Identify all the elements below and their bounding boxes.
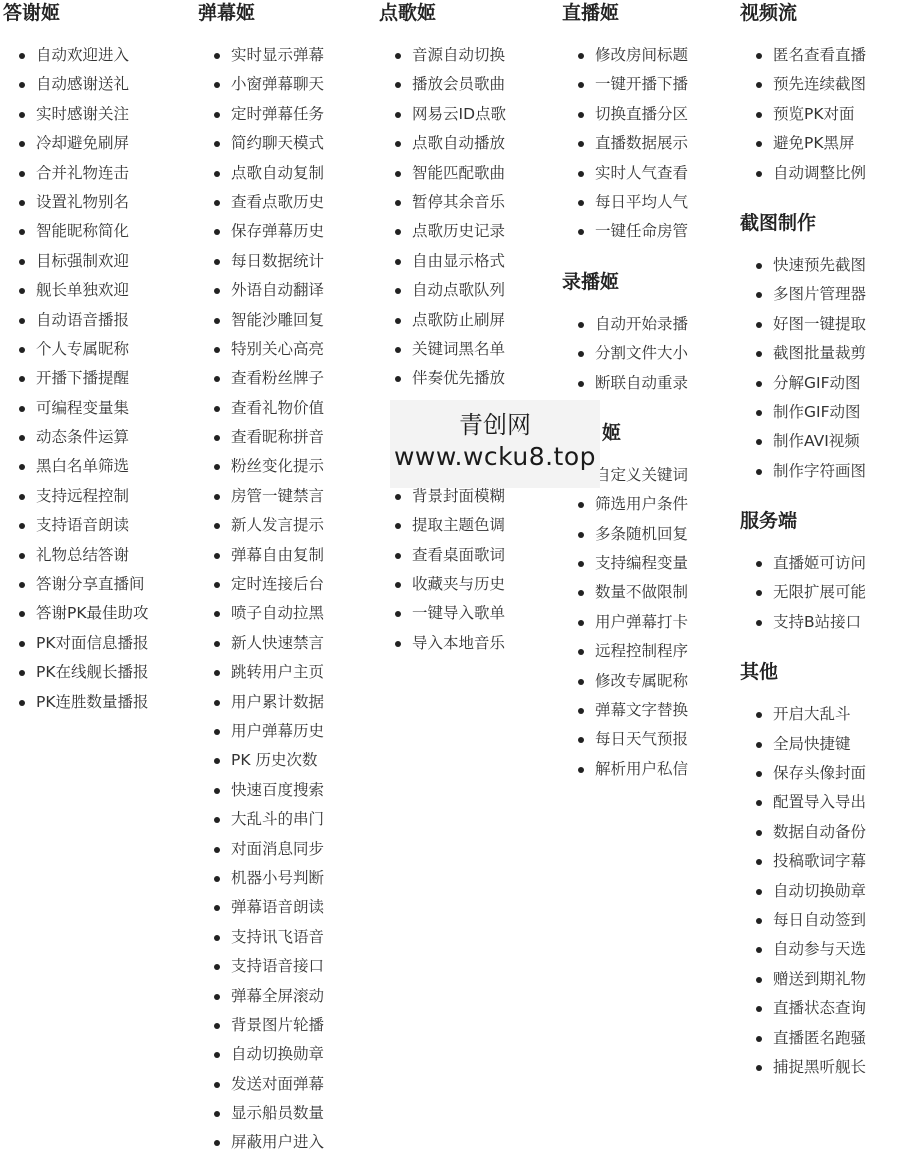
list-item: 弹幕文字替换 bbox=[562, 696, 688, 725]
list-item: 自动开始录播 bbox=[562, 310, 688, 339]
list-item: 智能昵称简化 bbox=[3, 217, 149, 246]
list-item: 点歌自动复制 bbox=[198, 159, 324, 188]
list-item: 特别关心高亮 bbox=[198, 335, 324, 364]
list-item: 弹幕全屏滚动 bbox=[198, 982, 324, 1011]
section-video: 视频流 匿名查看直播预先连续截图预览PK对面避免PK黑屏自动调整比例 bbox=[740, 0, 866, 188]
list-item: 外语自动翻译 bbox=[198, 276, 324, 305]
list-item: 导入本地音乐 bbox=[379, 629, 506, 658]
list-item: 播放会员歌曲 bbox=[379, 70, 506, 99]
list-item: 智能沙雕回复 bbox=[198, 306, 324, 335]
list-item: 发送对面弹幕 bbox=[198, 1070, 324, 1099]
feature-list: 直播姬可访问无限扩展可能支持B站接口 bbox=[740, 549, 866, 637]
section-song: 点歌姬 音源自动切换播放会员歌曲网易云ID点歌点歌自动播放智能匹配歌曲暂停其余音… bbox=[379, 0, 506, 658]
section-title: 直播姬 bbox=[562, 0, 688, 25]
list-item: 新人快速禁言 bbox=[198, 629, 324, 658]
column-video: 视频流 匿名查看直播预先连续截图预览PK对面避免PK黑屏自动调整比例 截图制作 … bbox=[740, 0, 866, 1082]
list-item: 快速百度搜索 bbox=[198, 776, 324, 805]
list-item: 实时感谢关注 bbox=[3, 100, 149, 129]
list-item: 点歌防止刷屏 bbox=[379, 306, 506, 335]
list-item: 目标强制欢迎 bbox=[3, 247, 149, 276]
list-item: 快速预先截图 bbox=[740, 251, 866, 280]
list-item: 自动调整比例 bbox=[740, 159, 866, 188]
list-item: 智能匹配歌曲 bbox=[379, 159, 506, 188]
list-item: 好图一键提取 bbox=[740, 310, 866, 339]
list-item: 弹幕自由复制 bbox=[198, 541, 324, 570]
list-item: 直播状态查询 bbox=[740, 994, 866, 1023]
section-title: 其他 bbox=[740, 659, 866, 684]
list-item: 制作字符画图 bbox=[740, 457, 866, 486]
list-item: 新人发言提示 bbox=[198, 511, 324, 540]
feature-list: 音源自动切换播放会员歌曲网易云ID点歌点歌自动播放智能匹配歌曲暂停其余音乐点歌历… bbox=[379, 41, 506, 658]
list-item: 自动切换勋章 bbox=[740, 877, 866, 906]
list-item: 房管一键禁言 bbox=[198, 482, 324, 511]
list-item: 查看昵称拼音 bbox=[198, 423, 324, 452]
feature-list: 开启大乱斗全局快捷键保存头像封面配置导入导出数据自动备份投稿歌词字幕自动切换勋章… bbox=[740, 700, 866, 1082]
list-item: 答谢分享直播间 bbox=[3, 570, 149, 599]
list-item: 分解GIF动图 bbox=[740, 369, 866, 398]
list-item: 一键任命房管 bbox=[562, 217, 688, 246]
list-item: 可编程变量集 bbox=[3, 394, 149, 423]
list-item: 多条随机回复 bbox=[562, 520, 688, 549]
list-item: 屏蔽用户进入 bbox=[198, 1128, 324, 1157]
section-server: 服务端 直播姬可访问无限扩展可能支持B站接口 bbox=[740, 508, 866, 637]
list-item: 匿名查看直播 bbox=[740, 41, 866, 70]
list-item: 直播姬可访问 bbox=[740, 549, 866, 578]
list-item: 合并礼物连击 bbox=[3, 159, 149, 188]
list-item: 自动参与天选 bbox=[740, 935, 866, 964]
list-item: 个人专属昵称 bbox=[3, 335, 149, 364]
list-item: 全局快捷键 bbox=[740, 730, 866, 759]
list-item: 投稿歌词字幕 bbox=[740, 847, 866, 876]
list-item: 答谢PK最佳助攻 bbox=[3, 599, 149, 628]
list-item: 背景图片轮播 bbox=[198, 1011, 324, 1040]
list-item: 礼物总结答谢 bbox=[3, 541, 149, 570]
list-item: PK对面信息播报 bbox=[3, 629, 149, 658]
list-item: 每日数据统计 bbox=[198, 247, 324, 276]
list-item: 跳转用户主页 bbox=[198, 658, 324, 687]
list-item: 查看桌面歌词 bbox=[379, 541, 506, 570]
list-item: 定时弹幕任务 bbox=[198, 100, 324, 129]
list-item: 喷子自动拉黑 bbox=[198, 599, 324, 628]
list-item: 每日天气预报 bbox=[562, 725, 688, 754]
list-item: 每日自动签到 bbox=[740, 906, 866, 935]
section-title: 录播姬 bbox=[562, 269, 688, 294]
list-item: PK 历史次数 bbox=[198, 746, 324, 775]
list-item: 修改专属昵称 bbox=[562, 667, 688, 696]
list-item: 分割文件大小 bbox=[562, 339, 688, 368]
list-item: 预先连续截图 bbox=[740, 70, 866, 99]
list-item: 自动语音播报 bbox=[3, 306, 149, 335]
feature-list: 实时显示弹幕小窗弹幕聊天定时弹幕任务简约聊天模式点歌自动复制查看点歌历史保存弹幕… bbox=[198, 41, 324, 1158]
feature-list: 匿名查看直播预先连续截图预览PK对面避免PK黑屏自动调整比例 bbox=[740, 41, 866, 188]
section-title: 服务端 bbox=[740, 508, 866, 533]
list-item: 制作AVI视频 bbox=[740, 427, 866, 456]
list-item: 多图片管理器 bbox=[740, 280, 866, 309]
list-item: 支持远程控制 bbox=[3, 482, 149, 511]
section-danmaku: 弹幕姬 实时显示弹幕小窗弹幕聊天定时弹幕任务简约聊天模式点歌自动复制查看点歌历史… bbox=[198, 0, 324, 1158]
list-item: 断联自动重录 bbox=[562, 369, 688, 398]
list-item: 网易云ID点歌 bbox=[379, 100, 506, 129]
list-item: 动态条件运算 bbox=[3, 423, 149, 452]
list-item: PK在线舰长播报 bbox=[3, 658, 149, 687]
list-item: 自动切换勋章 bbox=[198, 1040, 324, 1069]
list-item: 直播数据展示 bbox=[562, 129, 688, 158]
list-item: 冷却避免刷屏 bbox=[3, 129, 149, 158]
list-item: 音源自动切换 bbox=[379, 41, 506, 70]
list-item: 设置礼物别名 bbox=[3, 188, 149, 217]
feature-list: 自动开始录播分割文件大小断联自动重录 bbox=[562, 310, 688, 398]
list-item: 显示船员数量 bbox=[198, 1099, 324, 1128]
list-item: 远程控制程序 bbox=[562, 637, 688, 666]
list-item: 弹幕语音朗读 bbox=[198, 893, 324, 922]
section-title: 答谢姬 bbox=[3, 0, 149, 25]
list-item: 收藏夹与历史 bbox=[379, 570, 506, 599]
list-item: 支持B站接口 bbox=[740, 608, 866, 637]
list-item: 实时显示弹幕 bbox=[198, 41, 324, 70]
feature-list: 自定义关键词筛选用户条件多条随机回复支持编程变量数量不做限制用户弹幕打卡远程控制… bbox=[562, 461, 688, 784]
list-item: 支持讯飞语音 bbox=[198, 923, 324, 952]
section-title: 视频流 bbox=[740, 0, 866, 25]
list-item: 自动欢迎进入 bbox=[3, 41, 149, 70]
list-item: 赠送到期礼物 bbox=[740, 965, 866, 994]
column-song: 点歌姬 音源自动切换播放会员歌曲网易云ID点歌点歌自动播放智能匹配歌曲暂停其余音… bbox=[379, 0, 506, 658]
list-item: 用户弹幕历史 bbox=[198, 717, 324, 746]
list-item: 伴奏优先播放 bbox=[379, 364, 506, 393]
section-other: 其他 开启大乱斗全局快捷键保存头像封面配置导入导出数据自动备份投稿歌词字幕自动切… bbox=[740, 659, 866, 1082]
list-item: 自动点歌队列 bbox=[379, 276, 506, 305]
list-item: 小窗弹幕聊天 bbox=[198, 70, 324, 99]
feature-list: 自动欢迎进入自动感谢送礼实时感谢关注冷却避免刷屏合并礼物连击设置礼物别名智能昵称… bbox=[3, 41, 149, 717]
list-item: 点歌自动播放 bbox=[379, 129, 506, 158]
list-item: 筛选用户条件 bbox=[562, 490, 688, 519]
list-item: 每日平均人气 bbox=[562, 188, 688, 217]
list-item: 关键词黑名单 bbox=[379, 335, 506, 364]
list-item: 开播下播提醒 bbox=[3, 364, 149, 393]
list-item: 大乱斗的串门 bbox=[198, 805, 324, 834]
list-item: 直播匿名跑骚 bbox=[740, 1024, 866, 1053]
section-screenshot: 截图制作 快速预先截图多图片管理器好图一键提取截图批量裁剪分解GIF动图制作GI… bbox=[740, 210, 866, 486]
list-item: 无限扩展可能 bbox=[740, 578, 866, 607]
list-item: 查看粉丝牌子 bbox=[198, 364, 324, 393]
section-title: 弹幕姬 bbox=[198, 0, 324, 25]
list-item: 切换直播分区 bbox=[562, 100, 688, 129]
list-item: 提取主题色调 bbox=[379, 511, 506, 540]
list-item: 用户累计数据 bbox=[198, 688, 324, 717]
column-danmaku: 弹幕姬 实时显示弹幕小窗弹幕聊天定时弹幕任务简约聊天模式点歌自动复制查看点歌历史… bbox=[198, 0, 324, 1158]
column-live: 直播姬 修改房间标题一键开播下播切换直播分区直播数据展示实时人气查看每日平均人气… bbox=[562, 0, 688, 784]
section-title: 截图制作 bbox=[740, 210, 866, 235]
list-item: 配置导入导出 bbox=[740, 788, 866, 817]
list-item: 黑白名单筛选 bbox=[3, 452, 149, 481]
list-item: 定时连接后台 bbox=[198, 570, 324, 599]
list-item: 暂停其余音乐 bbox=[379, 188, 506, 217]
list-item: 自动感谢送礼 bbox=[3, 70, 149, 99]
list-item: 预览PK对面 bbox=[740, 100, 866, 129]
list-item: 数量不做限制 bbox=[562, 578, 688, 607]
list-item: 支持编程变量 bbox=[562, 549, 688, 578]
list-item: 查看礼物价值 bbox=[198, 394, 324, 423]
section-record: 录播姬 自动开始录播分割文件大小断联自动重录 bbox=[562, 269, 688, 398]
list-item: 机器小号判断 bbox=[198, 864, 324, 893]
list-item: 简约聊天模式 bbox=[198, 129, 324, 158]
feature-list: 快速预先截图多图片管理器好图一键提取截图批量裁剪分解GIF动图制作GIF动图制作… bbox=[740, 251, 866, 486]
list-item: 支持语音接口 bbox=[198, 952, 324, 981]
list-item: 点歌历史记录 bbox=[379, 217, 506, 246]
list-item: 修改房间标题 bbox=[562, 41, 688, 70]
list-item: 粉丝变化提示 bbox=[198, 452, 324, 481]
watermark-title: 青创网 bbox=[390, 400, 600, 440]
list-item: 一键导入歌单 bbox=[379, 599, 506, 628]
list-item: 自由显示格式 bbox=[379, 247, 506, 276]
list-item: 舰长单独欢迎 bbox=[3, 276, 149, 305]
list-item: 保存头像封面 bbox=[740, 759, 866, 788]
list-item: PK连胜数量播报 bbox=[3, 688, 149, 717]
list-item: 数据自动备份 bbox=[740, 818, 866, 847]
list-item: 用户弹幕打卡 bbox=[562, 608, 688, 637]
list-item: 捕捉黑听舰长 bbox=[740, 1053, 866, 1082]
section-thanks: 答谢姬 自动欢迎进入自动感谢送礼实时感谢关注冷却避免刷屏合并礼物连击设置礼物别名… bbox=[3, 0, 149, 717]
section-title: 点歌姬 bbox=[379, 0, 506, 25]
list-item: 保存弹幕历史 bbox=[198, 217, 324, 246]
list-item: 支持语音朗读 bbox=[3, 511, 149, 540]
list-item: 对面消息同步 bbox=[198, 835, 324, 864]
watermark: 青创网 www.wcku8.top bbox=[390, 400, 600, 488]
watermark-url: www.wcku8.top bbox=[390, 440, 600, 474]
column-thanks: 答谢姬 自动欢迎进入自动感谢送礼实时感谢关注冷却避免刷屏合并礼物连击设置礼物别名… bbox=[3, 0, 149, 717]
list-item: 开启大乱斗 bbox=[740, 700, 866, 729]
list-item: 解析用户私信 bbox=[562, 755, 688, 784]
list-item: 实时人气查看 bbox=[562, 159, 688, 188]
section-live: 直播姬 修改房间标题一键开播下播切换直播分区直播数据展示实时人气查看每日平均人气… bbox=[562, 0, 688, 247]
feature-list: 修改房间标题一键开播下播切换直播分区直播数据展示实时人气查看每日平均人气一键任命… bbox=[562, 41, 688, 247]
list-item: 制作GIF动图 bbox=[740, 398, 866, 427]
list-item: 一键开播下播 bbox=[562, 70, 688, 99]
list-item: 查看点歌历史 bbox=[198, 188, 324, 217]
list-item: 避免PK黑屏 bbox=[740, 129, 866, 158]
list-item: 截图批量裁剪 bbox=[740, 339, 866, 368]
